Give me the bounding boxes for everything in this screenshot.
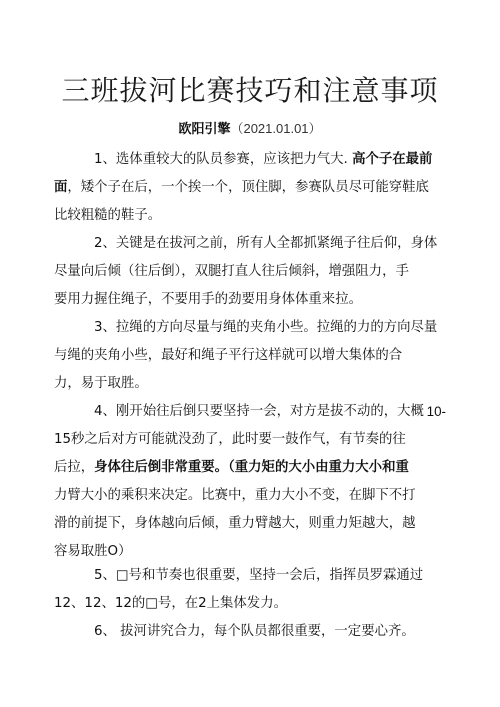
bold-text-segment: 面 bbox=[54, 180, 67, 195]
paragraph-line: 12、12、12的□号，在2上集体发力。 bbox=[54, 590, 446, 618]
document-date: （2021.01.01） bbox=[230, 121, 321, 136]
text-segment: 1、选体重较大的队员参赛，应该把力气大. bbox=[94, 152, 352, 167]
paragraph-1: 1、选体重较大的队员参赛，应该把力气大. 高个子在最前 面，矮个子在后，一个挨一… bbox=[54, 146, 446, 230]
document-title: 三班拔河比赛技巧和注意事项 bbox=[0, 69, 500, 109]
text-segment: 6、 拔河讲究合力，每个队员都很重要，一定要心齐。 bbox=[94, 624, 415, 639]
paragraph-line: 3、拉绳的方向尽量与绳的夹角小些。拉绳的力的方向尽量 bbox=[54, 314, 446, 342]
paragraph-line: 要用力握住绳子，不要用手的劲要用身体体重来拉。 bbox=[54, 286, 446, 314]
paragraph-line: 尽量向后倾（往后倒），双腿打直人往后倾斜，增强阻力，手 bbox=[54, 258, 446, 286]
text-segment: 力臂大小的乘积来决定。比赛中，重力大小不变，在脚下不打 bbox=[54, 488, 416, 503]
text-segment: 力，易于取胜。 bbox=[54, 376, 148, 391]
text-segment: 后拉， bbox=[54, 460, 94, 475]
text-segment: 比较粗糙的鞋子。 bbox=[54, 208, 161, 223]
text-segment: 3、拉绳的方向尽量与绳的夹角小些。拉绳的力的方向尽量 bbox=[94, 320, 437, 335]
paragraph-line: 5、□号和节奏也很重要，坚持一会后，指挥员罗霖通过 bbox=[54, 562, 446, 590]
author-name: 欧阳引擎 bbox=[178, 122, 230, 137]
paragraph-line: 与绳的夹角小些，最好和绳子平行这样就可以增大集体的合 bbox=[54, 342, 446, 370]
text-segment: 4、刚开始往后倒只要坚持一会，对方是拔不动的，大概 bbox=[94, 404, 424, 419]
paragraph-line: 比较粗糙的鞋子。 bbox=[54, 202, 446, 230]
bold-text-segment: 高个子在最前 bbox=[352, 152, 432, 167]
paragraph-line: 力臂大小的乘积来决定。比赛中，重力大小不变，在脚下不打 bbox=[54, 482, 446, 510]
text-segment: 要用力握住绳子，不要用手的劲要用身体体重来拉。 bbox=[54, 292, 362, 307]
paragraph-4: 4、刚开始往后倒只要坚持一会，对方是拔不动的，大概10- 15秒之后对方可能就没… bbox=[54, 398, 446, 566]
line-end-number: 10- bbox=[427, 398, 446, 426]
text-segment: 与绳的夹角小些，最好和绳子平行这样就可以增大集体的合 bbox=[54, 348, 402, 363]
paragraph-2: 2、关键是在拔河之前，所有人全都抓紧绳子往后仰，身体 尽量向后倾（往后倒），双腿… bbox=[54, 230, 446, 314]
paragraph-line: 面，矮个子在后，一个挨一个，顶住脚，参赛队员尽可能穿鞋底 bbox=[54, 174, 446, 202]
paragraph-line: 后拉，身体往后倒非常重要。（重力矩的大小由重力大小和重 bbox=[54, 454, 446, 482]
paragraph-line: 4、刚开始往后倒只要坚持一会，对方是拔不动的，大概10- bbox=[54, 398, 446, 426]
paragraph-5: 5、□号和节奏也很重要，坚持一会后，指挥员罗霖通过 12、12、12的□号，在2… bbox=[54, 562, 446, 618]
text-segment: 尽量向后倾（往后倒），双腿打直人往后倾斜，增强阻力，手 bbox=[54, 264, 409, 279]
paragraph-line: 滑的前提下，身体越向后倾，重力臂越大，则重力矩越大，越 bbox=[54, 510, 446, 538]
paragraph-line: 6、 拔河讲究合力，每个队员都很重要，一定要心齐。 bbox=[54, 618, 446, 646]
text-segment: 滑的前提下，身体越向后倾，重力臂越大，则重力矩越大，越 bbox=[54, 516, 416, 531]
bold-text-segment: 身体往后倒非常重要。（重力矩的大小由重力大小和重 bbox=[94, 460, 409, 475]
paragraph-line: 15秒之后对方可能就没劲了，此时要一鼓作气，有节奏的往 bbox=[54, 426, 446, 454]
text-segment: 2、关键是在拔河之前，所有人全都抓紧绳子往后仰，身体 bbox=[94, 236, 437, 251]
paragraph-3: 3、拉绳的方向尽量与绳的夹角小些。拉绳的力的方向尽量 与绳的夹角小些，最好和绳子… bbox=[54, 314, 446, 398]
text-segment: 5、□号和节奏也很重要，坚持一会后，指挥员罗霖通过 bbox=[94, 568, 423, 583]
paragraph-line: 1、选体重较大的队员参赛，应该把力气大. 高个子在最前 bbox=[54, 146, 446, 174]
text-segment: 12、12、12的□号，在2上集体发力。 bbox=[54, 596, 287, 611]
paragraph-line: 2、关键是在拔河之前，所有人全都抓紧绳子往后仰，身体 bbox=[54, 230, 446, 258]
text-segment: 15秒之后对方可能就没劲了，此时要一鼓作气，有节奏的往 bbox=[54, 432, 406, 447]
text-segment: ，矮个子在后，一个挨一个，顶住脚，参赛队员尽可能穿鞋底 bbox=[67, 180, 429, 195]
text-segment: 容易取胜O） bbox=[54, 544, 132, 559]
byline: 欧阳引擎（2021.01.01） bbox=[0, 118, 500, 137]
paragraph-6: 6、 拔河讲究合力，每个队员都很重要，一定要心齐。 bbox=[54, 618, 446, 646]
paragraph-line: 力，易于取胜。 bbox=[54, 370, 446, 398]
